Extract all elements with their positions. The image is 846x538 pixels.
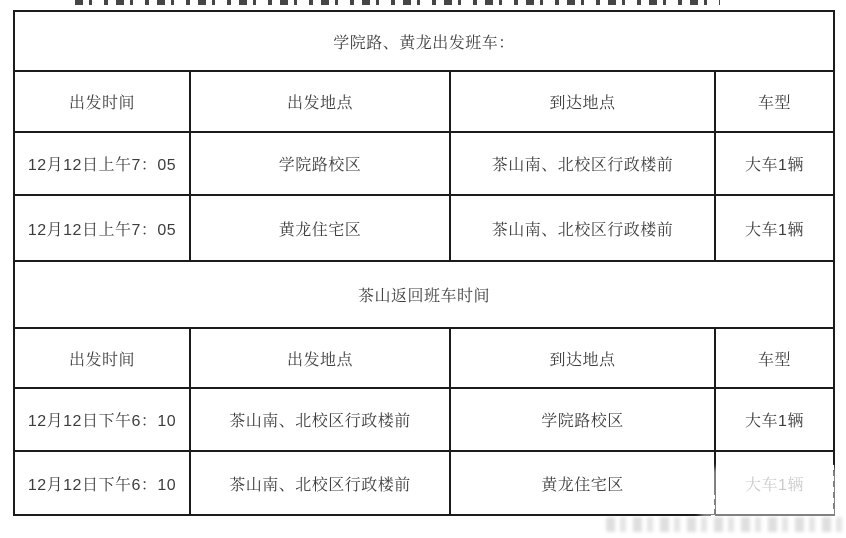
column-header-vehicle-type: 车型	[715, 328, 834, 388]
schedule-cell-from: 茶山南、北校区行政楼前	[190, 388, 450, 451]
schedule-cell-to: 茶山南、北校区行政楼前	[450, 195, 715, 261]
schedule-cell-time: 12月12日上午7：05	[14, 195, 190, 261]
schedule-cell-time: 12月12日上午7：05	[14, 132, 190, 195]
schedule-cell-from: 黄龙住宅区	[190, 195, 450, 261]
table-row: 12月12日下午6：10 茶山南、北校区行政楼前 学院路校区 大车1辆	[14, 388, 834, 451]
column-header-departure-time: 出发时间	[14, 328, 190, 388]
page: { "document": { "sections": [ { "title":…	[0, 0, 846, 538]
column-header-departure-place: 出发地点	[190, 328, 450, 388]
section1-title: 学院路、黄龙出发班车：	[14, 11, 834, 71]
column-header-arrival-place: 到达地点	[450, 328, 715, 388]
section1-title-row: 学院路、黄龙出发班车：	[14, 11, 834, 71]
schedule-cell-to: 茶山南、北校区行政楼前	[450, 132, 715, 195]
section2-title: 茶山返回班车时间	[14, 261, 834, 328]
section2-header-row: 出发时间 出发地点 到达地点 车型	[14, 328, 834, 388]
schedule-cell-to: 学院路校区	[450, 388, 715, 451]
schedule-cell-vehicle: 大车1辆	[715, 195, 834, 261]
schedule-cell-from: 茶山南、北校区行政楼前	[190, 451, 450, 515]
schedule-cell-time: 12月12日下午6：10	[14, 388, 190, 451]
schedule-cell-vehicle: 大车1辆	[715, 388, 834, 451]
section2-title-row: 茶山返回班车时间	[14, 261, 834, 328]
shuttle-schedule-table: 学院路、黄龙出发班车： 出发时间 出发地点 到达地点 车型 12月12日上午7：…	[13, 10, 835, 516]
schedule-cell-time: 12月12日下午6：10	[14, 451, 190, 515]
section1-header-row: 出发时间 出发地点 到达地点 车型	[14, 71, 834, 132]
schedule-cell-to: 黄龙住宅区	[450, 451, 715, 515]
table-row: 12月12日上午7：05 学院路校区 茶山南、北校区行政楼前 大车1辆	[14, 132, 834, 195]
watermark-smudge	[606, 517, 844, 532]
table-row: 12月12日上午7：05 黄龙住宅区 茶山南、北校区行政楼前 大车1辆	[14, 195, 834, 261]
table-row: 12月12日下午6：10 茶山南、北校区行政楼前 黄龙住宅区 大车1辆	[14, 451, 834, 515]
clipped-text-remnant	[75, 0, 720, 5]
column-header-departure-place: 出发地点	[190, 71, 450, 132]
schedule-cell-vehicle: 大车1辆	[715, 451, 834, 515]
schedule-cell-from: 学院路校区	[190, 132, 450, 195]
column-header-arrival-place: 到达地点	[450, 71, 715, 132]
column-header-vehicle-type: 车型	[715, 71, 834, 132]
schedule-cell-vehicle: 大车1辆	[715, 132, 834, 195]
column-header-departure-time: 出发时间	[14, 71, 190, 132]
